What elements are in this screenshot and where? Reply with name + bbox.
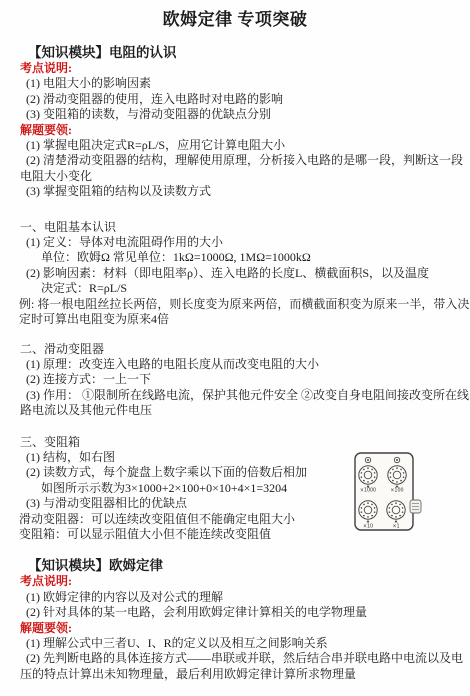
definition-item: (1) 定义：导体对电流阻碍作用的大小 xyxy=(0,235,470,250)
exam-points-label: 考点说明: xyxy=(0,61,470,76)
example-paragraph: 例: 将一根电阻丝拉长两倍，则长度变为原来两倍，而横截面积变为原来一半，带入决定… xyxy=(0,297,470,328)
exam-point-item: (2) 针对具体的某一电路，会利用欧姆定律计算相关的电学物理量 xyxy=(0,605,470,620)
section-heading-resistance-box: 三、变阻箱 xyxy=(0,435,470,450)
solving-essential-item: (1) 掌握电阻决定式R=ρL/S，应用它计算电阻大小 xyxy=(0,138,470,153)
terminal-icon xyxy=(394,457,399,462)
exam-point-item: (2) 滑动变阻器的使用，连入电路时对电路的影响 xyxy=(0,92,470,107)
document-page: 欧姆定律 专项突破 【知识模块】电阻的认识 考点说明: (1) 电阻大小的影响因… xyxy=(0,0,470,696)
exam-point-item: (3) 变阻箱的读数，与滑动变阻器的优缺点分别 xyxy=(0,107,470,122)
terminal-icon xyxy=(365,457,370,462)
factors-item: (2) 影响因素：材料（即电阻率ρ）、连入电路的长度L、横截面积S，以及温度 xyxy=(0,266,470,281)
connection-item: (2) 连接方式：一上一下 xyxy=(0,372,470,387)
page-title: 欧姆定律 专项突破 xyxy=(0,0,470,30)
dial-multiplier-label: ×1000 xyxy=(360,488,376,494)
exam-points-label: 考点说明: xyxy=(0,574,470,589)
section-heading-rheostat: 二、滑动变阻器 xyxy=(0,342,470,357)
exam-point-item: (1) 电阻大小的影响因素 xyxy=(0,76,470,91)
exam-point-item: (1) 欧姆定律的内容以及对公式的理解 xyxy=(0,590,470,605)
solving-essential-item: (1) 理解公式中三者U、I、R的定义以及相互之间影响关系 xyxy=(0,636,470,651)
unit-note: 单位：欧姆Ω 常见单位：1kΩ=1000Ω, 1MΩ=1000kΩ xyxy=(0,250,470,265)
module-ohm-heading: 【知识模块】欧姆定律 xyxy=(0,558,470,574)
module-resistance-heading: 【知识模块】电阻的认识 xyxy=(0,45,470,61)
dial-multiplier-label: ×10 xyxy=(363,523,373,529)
dial-multiplier-label: ×1 xyxy=(392,523,399,529)
solving-essential-item: (3) 掌握变阻箱的结构以及读数方式 xyxy=(0,184,470,199)
principle-item: (1) 原理：改变连入电路的电阻长度从而改变电阻的大小 xyxy=(0,357,470,372)
function-item: (3) 作用： ①限制所在线路电流，保护其他元件安全 ②改变自身电阻间接改变所在… xyxy=(0,388,470,419)
solving-essentials-label: 解题要领: xyxy=(0,123,470,138)
solving-essentials-label: 解题要领: xyxy=(0,621,470,636)
solving-essential-item: (2) 清楚滑动变阻器的结构，理解使用原理，分析接入电路的是哪一段，判断这一段电… xyxy=(0,153,470,184)
formula-note: 决定式：R=ρL/S xyxy=(0,281,470,296)
resistance-box-figure: ×1000 ×100 ×10 ×1 xyxy=(350,449,425,535)
dial-multiplier-label: ×100 xyxy=(390,488,403,494)
resistance-box-drawing: ×1000 ×100 ×10 ×1 xyxy=(350,449,425,535)
section-heading-basic: 一、电阻基本认识 xyxy=(0,220,470,235)
solving-essential-item: (2) 先判断电路的具体连接方式——串联或并联，然后结合串并联电路中电流以及电压… xyxy=(0,651,470,682)
